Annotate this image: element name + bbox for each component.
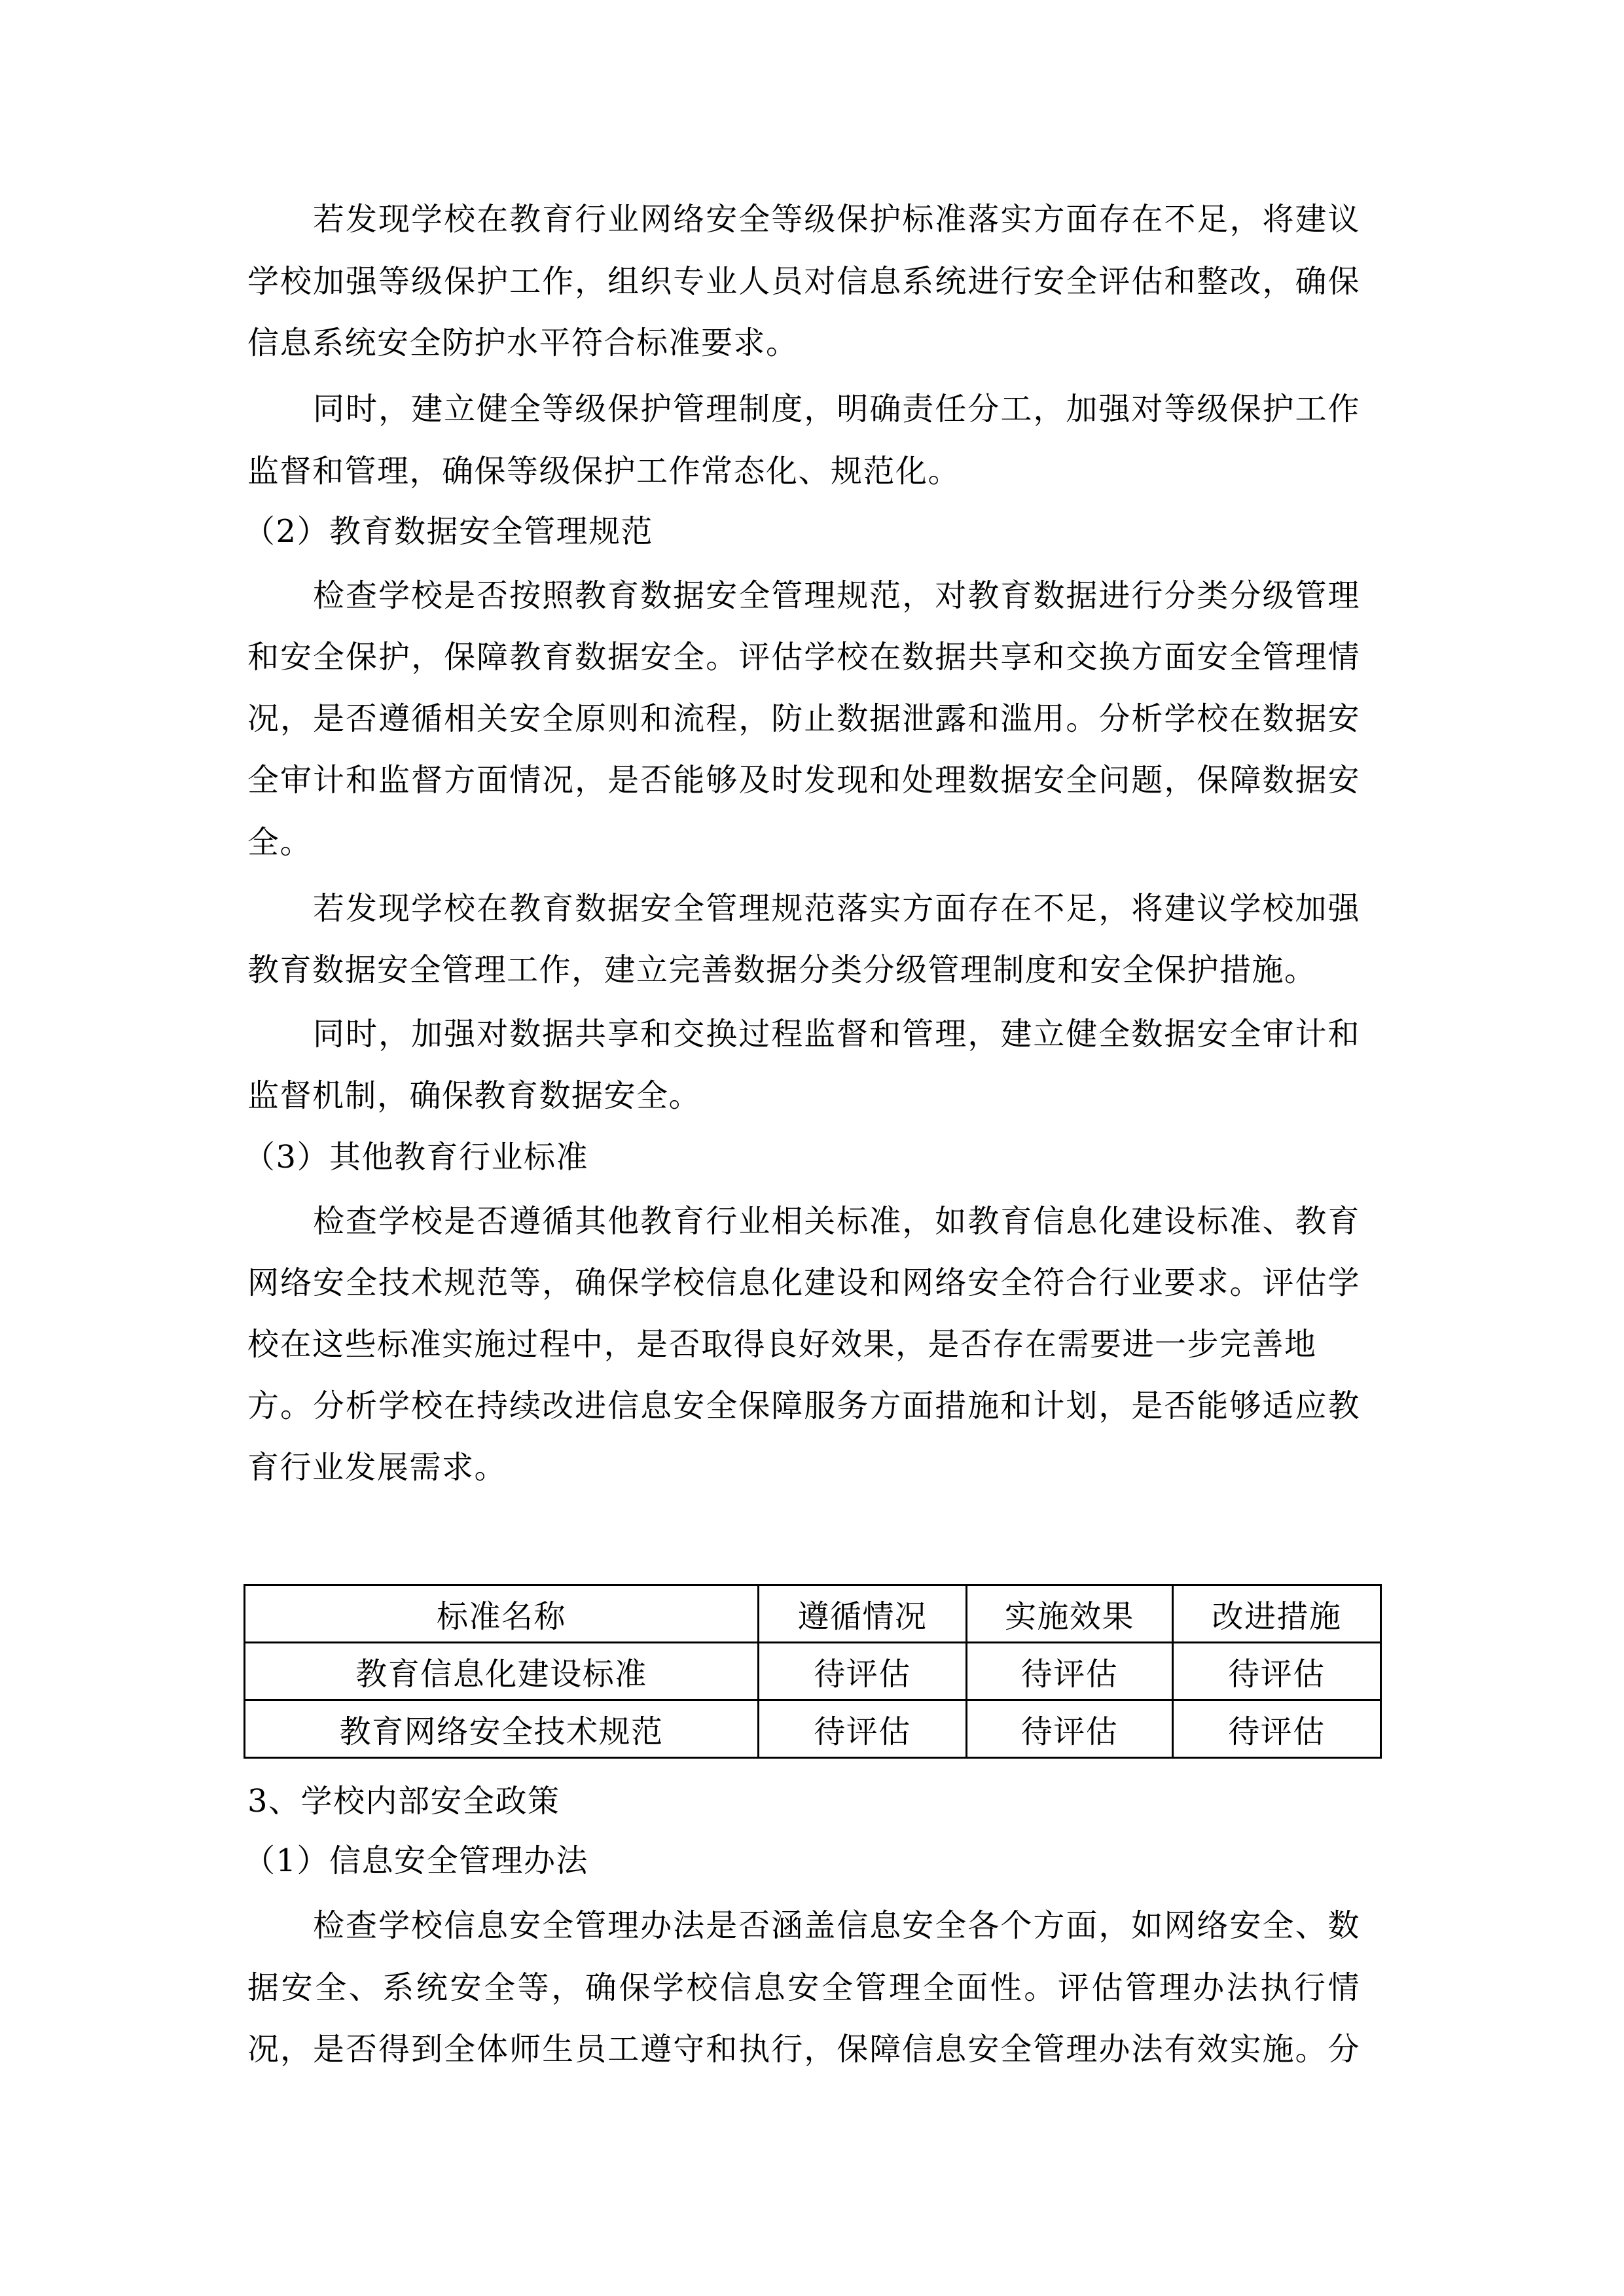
text-line: 据安全、系统安全等，确保学校信息安全管理全面性。评估管理办法执行情 <box>247 1968 1360 2007</box>
document-page: 若发现学校在教育行业网络安全等级保护标准落实方面存在不足，将建议 学校加强等级保… <box>0 0 1624 2296</box>
text-line: 况，是否得到全体师生员工遵守和执行，保障信息安全管理办法有效实施。分 <box>247 2030 1360 2069</box>
table-cell: 待评估 <box>967 1700 1173 1758</box>
column-header-compliance: 遵循情况 <box>759 1585 967 1643</box>
column-header-effect: 实施效果 <box>967 1585 1173 1643</box>
text-line: 同时，加强对数据共享和交换过程监督和管理，建立健全数据安全审计和 <box>313 1014 1360 1054</box>
table-cell: 待评估 <box>759 1700 967 1758</box>
table-row: 教育信息化建设标准 待评估 待评估 待评估 <box>245 1643 1381 1700</box>
text-line: 方。分析学校在持续改进信息安全保障服务方面措施和计划，是否能够适应教 <box>247 1386 1360 1426</box>
text-line: 况，是否遵循相关安全原则和流程，防止数据泄露和滥用。分析学校在数据安 <box>247 699 1360 738</box>
text-line: 学校加强等级保护工作，组织专业人员对信息系统进行安全评估和整改，确保 <box>247 262 1360 301</box>
table-cell: 待评估 <box>967 1643 1173 1700</box>
text-line: 检查学校是否遵循其他教育行业相关标准，如教育信息化建设标准、教育 <box>313 1202 1360 1241</box>
subsection-heading-other-standards: （3）其他教育行业标准 <box>244 1138 1356 1177</box>
table-cell: 待评估 <box>1173 1700 1381 1758</box>
text-line: 教育数据安全管理工作，建立完善数据分类分级管理制度和安全保护措施。 <box>247 950 1360 990</box>
table-row: 教育网络安全技术规范 待评估 待评估 待评估 <box>245 1700 1381 1758</box>
text-line: 全。 <box>247 823 1360 862</box>
text-line: 育行业发展需求。 <box>247 1448 1360 1487</box>
column-header-standard-name: 标准名称 <box>245 1585 759 1643</box>
column-header-improvement: 改进措施 <box>1173 1585 1381 1643</box>
table-cell: 教育信息化建设标准 <box>245 1643 759 1700</box>
text-line: 校在这些标准实施过程中，是否取得良好效果，是否存在需要进一步完善地 <box>247 1325 1360 1364</box>
text-line: 若发现学校在教育数据安全管理规范落实方面存在不足，将建议学校加强 <box>313 889 1360 928</box>
table-cell: 待评估 <box>1173 1643 1381 1700</box>
text-line: 信息系统安全防护水平符合标准要求。 <box>247 323 1360 363</box>
text-line: 监督和管理，确保等级保护工作常态化、规范化。 <box>247 452 1360 491</box>
text-line: 同时，建立健全等级保护管理制度，明确责任分工，加强对等级保护工作 <box>313 389 1360 429</box>
text-line: 检查学校信息安全管理办法是否涵盖信息安全各个方面，如网络安全、数 <box>313 1906 1360 1945</box>
text-line: 监督机制，确保教育数据安全。 <box>247 1076 1360 1115</box>
table-cell: 教育网络安全技术规范 <box>245 1700 759 1758</box>
text-line: 若发现学校在教育行业网络安全等级保护标准落实方面存在不足，将建议 <box>313 200 1360 239</box>
text-line: 和安全保护，保障教育数据安全。评估学校在数据共享和交换方面安全管理情 <box>247 637 1360 677</box>
subsection-heading-education-data-security: （2）教育数据安全管理规范 <box>244 512 1356 551</box>
text-line: 检查学校是否按照教育数据安全管理规范，对教育数据进行分类分级管理 <box>313 576 1360 615</box>
section-heading-internal-security-policy: 3、学校内部安全政策 <box>247 1782 1360 1821</box>
standards-evaluation-table: 标准名称 遵循情况 实施效果 改进措施 教育信息化建设标准 待评估 待评估 待评… <box>244 1584 1382 1759</box>
text-line: 网络安全技术规范等，确保学校信息化建设和网络安全符合行业要求。评估学 <box>247 1263 1360 1302</box>
text-line: 全审计和监督方面情况，是否能够及时发现和处理数据安全问题，保障数据安 <box>247 761 1360 800</box>
table-header-row: 标准名称 遵循情况 实施效果 改进措施 <box>245 1585 1381 1643</box>
subsection-heading-info-security-measures: （1）信息安全管理办法 <box>244 1841 1356 1880</box>
table-cell: 待评估 <box>759 1643 967 1700</box>
